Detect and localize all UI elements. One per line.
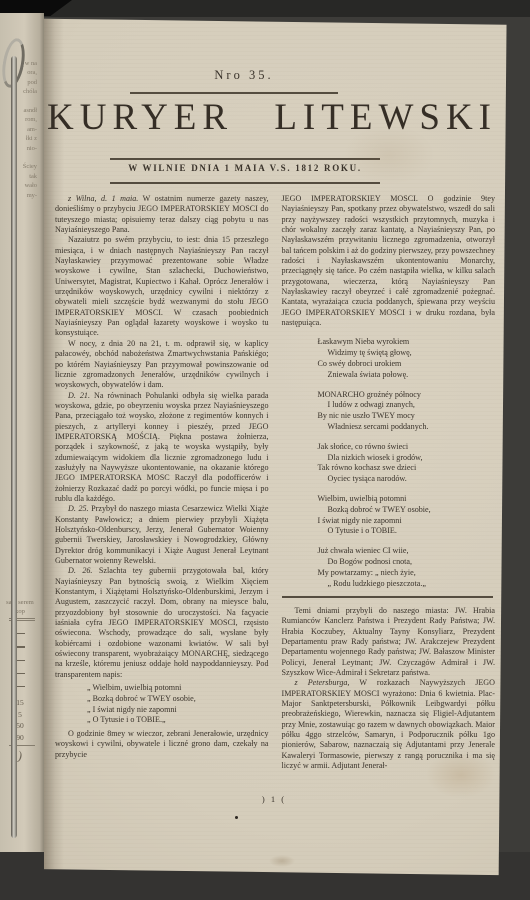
ink-speck — [235, 816, 238, 819]
stanza: MONARCHO groźnéy północy I ludów z odwag… — [318, 390, 496, 433]
paragraph: D. 26. Szlachta tey gubernii przygotował… — [55, 566, 269, 680]
page-signature: ) 1 ( — [174, 794, 374, 804]
verse-line: Bozką dobroć w TWEY osobie, — [328, 505, 496, 516]
paragraph: z Wilna, d. 1 maia. W ostatnim numerze g… — [55, 194, 269, 235]
paragraph-text: O godzinie 8mey w wieczor, zebrani Jener… — [55, 729, 269, 759]
adjacent-page-edge: w na ora, pod chóla asndł rom, am- łki z… — [0, 13, 44, 852]
paragraph-lead: z Wilna, d. 1 maia. — [68, 194, 138, 203]
verse-line: Łaskawym Nieba wyrokiem — [318, 337, 496, 348]
verse-line: Jak słońce, co równo świeci — [318, 442, 496, 453]
stanza: Jak słońce, co równo świeci Dla nizkich … — [318, 442, 496, 485]
text-columns: z Wilna, d. 1 maia. W ostatnim numerze g… — [55, 194, 495, 771]
verse-line: Oyciec tysiąca narodów. — [328, 474, 496, 485]
stanza: Wielbim, uwielbią potomni Bozką dobroć w… — [318, 494, 496, 537]
verse-line: Zniewala świata połowę. — [328, 370, 496, 381]
paragraph-text: Na równinach Pohulanki odbyła się wielka… — [55, 391, 269, 503]
paragraph-lead: z Petersburga, — [295, 678, 350, 687]
left-column: z Wilna, d. 1 maia. W ostatnim numerze g… — [55, 194, 269, 771]
table-edge-words: sała serem — [0, 599, 40, 608]
table-edge-dash — [17, 633, 25, 634]
paragraph-text: W nocy, z dnia 20 na 21, t. m. odprawił … — [55, 339, 269, 389]
right-column: JEGO IMPERATORSKIEY MOSCI. O godzinie 9t… — [282, 194, 496, 771]
verse-block: „ Wielbim, uwielbią potomni „ Bozką dobr… — [87, 683, 269, 726]
paragraph: W nocy, z dnia 20 na 21, t. m. odprawił … — [55, 339, 269, 391]
paragraph: Temi dniami przybyli do naszego miasta: … — [282, 606, 496, 678]
newspaper-page: Nro 35. KURYER LITEWSKI W WILNIE DNIA 1 … — [44, 17, 507, 876]
scanned-newspaper-photo: w na ora, pod chóla asndł rom, am- łki z… — [0, 0, 530, 900]
verse-line: Wielbim, uwielbią potomni — [318, 494, 496, 505]
adjacent-page-table-edge: sała serem kop 15 5 50 90 ) — [0, 599, 40, 764]
paragraph: D. 25. Przybył do naszego miasta Cesarze… — [55, 504, 269, 566]
verse-line: Co swéy dobroci urokiem — [318, 359, 496, 370]
verse-line: „ Rodu ludzkiego pieszczota.„ — [328, 579, 496, 590]
paper-stain — [269, 855, 295, 867]
masthead-rule — [130, 92, 338, 94]
paragraph: Nazaiutrz po swém przybyciu, to iest: dn… — [55, 235, 269, 338]
verse-line: MONARCHO groźnéy północy — [318, 390, 496, 401]
table-edge-dash — [17, 660, 25, 661]
table-edge-header: kop — [0, 608, 40, 617]
dateline-rule-top — [110, 158, 380, 160]
newspaper-title: KURYER LITEWSKI — [46, 96, 498, 139]
table-edge-dash — [17, 686, 25, 687]
verse-line: „ I świat nigdy nie zapomni — [87, 705, 269, 716]
verse-line: O Tytusie i o TOBIE. — [328, 526, 496, 537]
paragraph-lead: D. 21. — [68, 391, 90, 400]
verse-line: „ Bozką dobroć w TWEY osobie, — [87, 694, 269, 705]
paragraph: JEGO IMPERATORSKIEY MOSCI. O godzinie 9t… — [282, 194, 496, 328]
paragraph-text: JEGO IMPERATORSKIEY MOSCI. O godzinie 9t… — [282, 194, 496, 327]
scan-background-top-band — [0, 0, 530, 17]
paragraph-lead: D. 26. — [68, 566, 92, 575]
table-edge-dash — [17, 646, 25, 647]
issue-number: Nro 35. — [74, 68, 414, 83]
verse-line: „ Wielbim, uwielbią potomni — [87, 683, 269, 694]
verse-line: I ludów z odwagi znanych, — [328, 400, 496, 411]
verse-line: Dla nizkich wiosek i grodów, — [328, 453, 496, 464]
verse-line: Widzimy tę świętą głowę, — [328, 348, 496, 359]
verse-line: My powtarzamy: „ niech żyie, — [318, 568, 496, 579]
paragraph-text: Szlachta tey gubernii przygotowała bal, … — [55, 566, 269, 678]
section-rule — [282, 596, 494, 598]
verse-line: Już chwała wieniec CI wiie, — [318, 546, 496, 557]
table-edge-bracket: ) — [0, 743, 41, 768]
stanza: Łaskawym Nieba wyrokiem Widzimy tę święt… — [318, 337, 496, 380]
paragraph-text: W rozkazach Naywyższych JEGO IMPERATORSK… — [282, 678, 496, 770]
dateline: W WILNIE DNIA 1 MAIA V.S. 1812 ROKU. — [110, 163, 380, 173]
verse-line: I świat nigdy nie zapomni — [318, 516, 496, 527]
verse-line: „ O Tytusie i o TOBIE.„ — [87, 715, 269, 726]
paragraph-text: Przybył do naszego miasta Cesarzewicz Wi… — [55, 504, 269, 565]
verse-line: Do Bogów podnosi cnota, — [328, 557, 496, 568]
paragraph-lead: D. 25. — [68, 504, 89, 513]
paragraph-text: Nazaiutrz po swém przybyciu, to iest: dn… — [55, 235, 269, 337]
paragraph-text: Temi dniami przybyli do naszego miasta: … — [282, 606, 496, 677]
verse-line: By nic nie uszło TWEY mocy — [318, 411, 496, 422]
paragraph: z Petersburga, W rozkazach Naywyższych J… — [282, 678, 496, 771]
table-edge-dash — [17, 673, 25, 674]
verse-line: Tak równo kochasz swe dzieci — [318, 463, 496, 474]
binding-clip-rod — [11, 56, 17, 838]
paragraph: O godzinie 8mey w wieczor, zebrani Jener… — [55, 729, 269, 760]
verse-line: Władniesz sercami poddanych. — [328, 422, 496, 433]
table-edge-numbers: 15 5 50 90 — [0, 697, 40, 743]
dateline-rule-bottom — [110, 182, 380, 184]
stanza: Już chwała wieniec CI wiie, Do Bogów pod… — [318, 546, 496, 589]
paragraph: D. 21. Na równinach Pohulanki odbyła się… — [55, 391, 269, 505]
